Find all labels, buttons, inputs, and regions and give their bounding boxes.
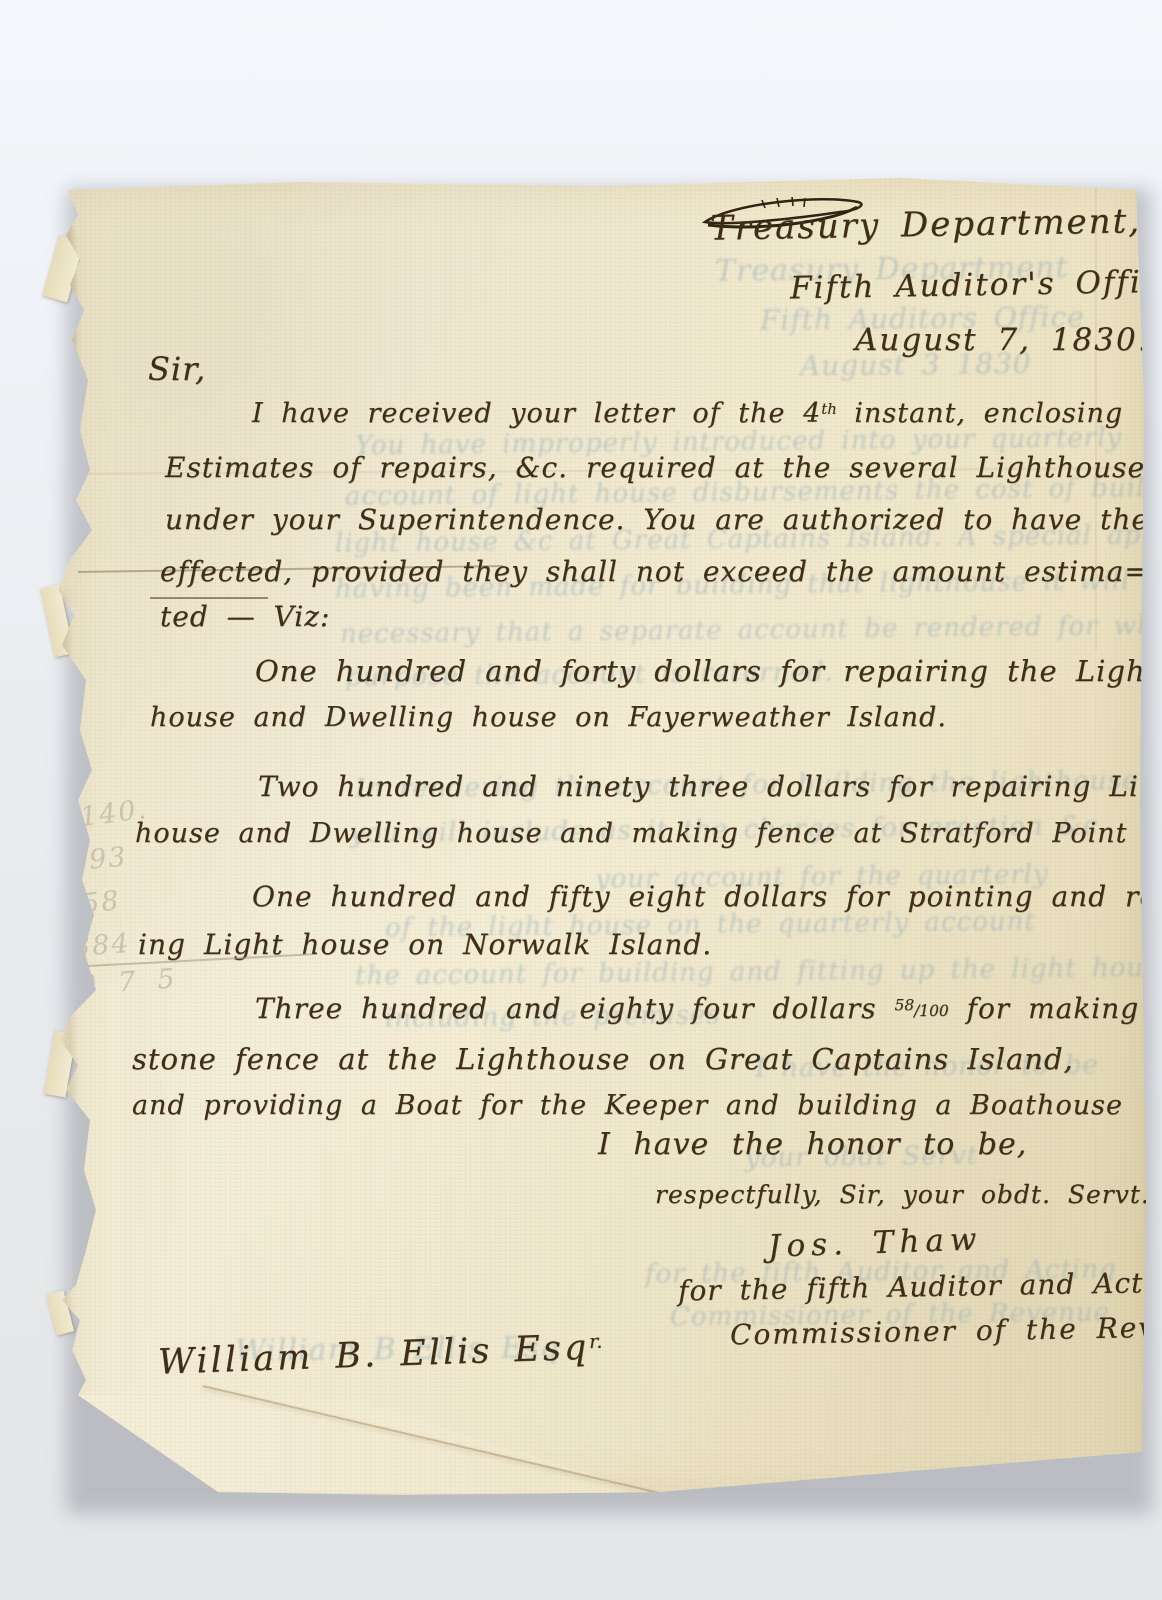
fraction-denominator: /100 — [914, 1002, 949, 1020]
body-text: Three hundred and eighty four dollars — [255, 992, 895, 1025]
body-line: house and Dwelling house and making fenc… — [135, 818, 1162, 849]
fraction-numerator: 58 — [895, 996, 915, 1014]
fold-crease — [150, 597, 268, 599]
addressee-superscript: r. — [589, 1330, 603, 1353]
body-line: One hundred and fifty eight dollars for … — [252, 880, 1162, 913]
letterhead-date: August 7, 1830. — [855, 322, 1150, 358]
paper-sheet: Treasury Department Fifth Auditors Offic… — [55, 172, 1147, 1507]
body-text: for making a — [949, 992, 1162, 1025]
signature: Jos. Thaw — [767, 1221, 983, 1264]
body-line: stone fence at the Lighthouse on Great C… — [132, 1042, 1074, 1076]
addressee-name: William B. Ellis Esq — [157, 1328, 590, 1383]
pencil-total: 975 — [78, 962, 197, 1001]
body-text: instant, enclosing — [837, 398, 1123, 429]
letterhead-department: Treasury Department, — [710, 201, 1142, 249]
closing-line: I have the honor to be, — [598, 1127, 1027, 1162]
body-line: I have received your letter of the 4th i… — [252, 398, 1123, 429]
body-line: ted — Viz: — [160, 600, 330, 633]
document-scan: Treasury Department Fifth Auditors Offic… — [0, 0, 1162, 1600]
body-line: effected, provided they shall not exceed… — [160, 555, 1149, 588]
body-line: Two hundred and ninety three dollars for… — [258, 770, 1162, 803]
salutation: Sir, — [148, 350, 206, 388]
body-line: Estimates of repairs, &c. required at th… — [165, 451, 1160, 484]
bleedthrough-text: necessary that a separate account be ren… — [340, 611, 1162, 650]
body-text: I have received your letter of the 4 — [252, 398, 821, 429]
body-line: under your Superintendence. You are auth… — [165, 503, 1162, 536]
ordinal-superscript: th — [821, 400, 837, 418]
addressee: William B. Ellis Esqr. — [157, 1327, 603, 1382]
body-line: One hundred and forty dollars for repair… — [255, 654, 1158, 688]
closing-line: respectfully, Sir, your obdt. Servt. — [655, 1180, 1150, 1209]
body-line: and providing a Boat for the Keeper and … — [132, 1090, 1123, 1121]
body-line: house and Dwelling house on Fayerweather… — [150, 702, 947, 733]
letterhead-office: Fifth Auditor's Office — [790, 264, 1162, 307]
body-line: Three hundred and eighty four dollars 58… — [255, 992, 1162, 1025]
body-line: ing Light house on Norwalk Island. — [138, 928, 712, 961]
